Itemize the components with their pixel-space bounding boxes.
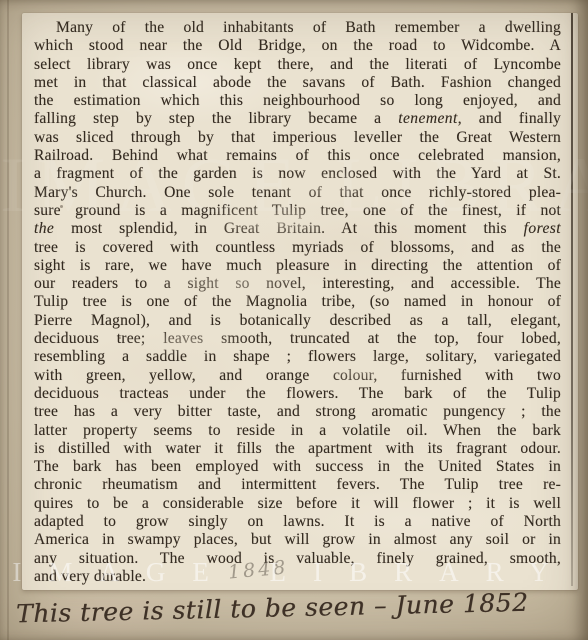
article-line: The bark has been employed with success … <box>34 458 561 476</box>
article-line: with green, yellow, and orange colour, f… <box>34 367 561 385</box>
article-line: deciduous tree; leaves smooth, truncated… <box>34 330 561 348</box>
article-line: falling step by step the library became … <box>34 110 561 128</box>
paper-speck <box>60 205 63 208</box>
article-line: latter property seems to reside in a vol… <box>34 422 561 440</box>
article-line: a fragment of the garden is now enclosed… <box>34 165 561 183</box>
article-line: chronic rheumatism and intermittent feve… <box>34 476 561 494</box>
article-line: sight is rare, we have much pleasure in … <box>34 257 561 275</box>
article-line: Mary's Church. One sole tenant of that o… <box>34 184 561 202</box>
paper-speck <box>547 100 549 104</box>
article-line: sure ground is a magnificent Tulip tree,… <box>34 202 561 220</box>
article-line: was sliced through by that imperious lev… <box>34 129 561 147</box>
article-line: resembling a saddle in shape ; flowers l… <box>34 348 561 366</box>
article-text: Many of the old inhabitants of Bath reme… <box>34 19 561 586</box>
article-line: is distilled with water it fills the apa… <box>34 440 561 458</box>
article-line: which stood near the Old Bridge, on the … <box>34 37 561 55</box>
article-line: deciduous tracteas under the flowers. Th… <box>34 385 561 403</box>
article-line: tree has a very bitter taste, and strong… <box>34 403 561 421</box>
paper-speck <box>118 337 121 339</box>
article-line: met in that classical abode the savans o… <box>34 74 561 92</box>
article-line: America in swampy places, but will grow … <box>34 531 561 549</box>
handwritten-note: This tree is still to be seen – June 185… <box>16 587 583 629</box>
article-line: Railroad. Behind what remains of this on… <box>34 147 561 165</box>
article-line: our readers to a sight so novel, interes… <box>34 275 561 293</box>
article-line: the most splendid, in Great Britain. At … <box>34 220 561 238</box>
article-line: the estimation which this neighbourhood … <box>34 92 561 110</box>
newspaper-clipping: Many of the old inhabitants of Bath reme… <box>22 13 578 590</box>
column-rule <box>571 13 573 586</box>
article-line: Pierre Magnol), and is botanically descr… <box>34 312 561 330</box>
article-line: adapted to grow singly on lawns. It is a… <box>34 513 561 531</box>
article-line: select library was once kept there, and … <box>34 56 561 74</box>
article-line: any situation. The wood is valuable, fin… <box>34 550 561 568</box>
album-page-fold-line <box>7 0 9 640</box>
article-line: quires to be a considerable size before … <box>34 495 561 513</box>
article-line: Many of the old inhabitants of Bath reme… <box>34 19 561 37</box>
scanned-clipping-photo: Many of the old inhabitants of Bath reme… <box>0 0 588 640</box>
article-line: and very durable. <box>34 568 561 586</box>
article-line: Tulip tree is one of the Magnolia tribe,… <box>34 293 561 311</box>
article-line: tree is covered with countless myriads o… <box>34 239 561 257</box>
